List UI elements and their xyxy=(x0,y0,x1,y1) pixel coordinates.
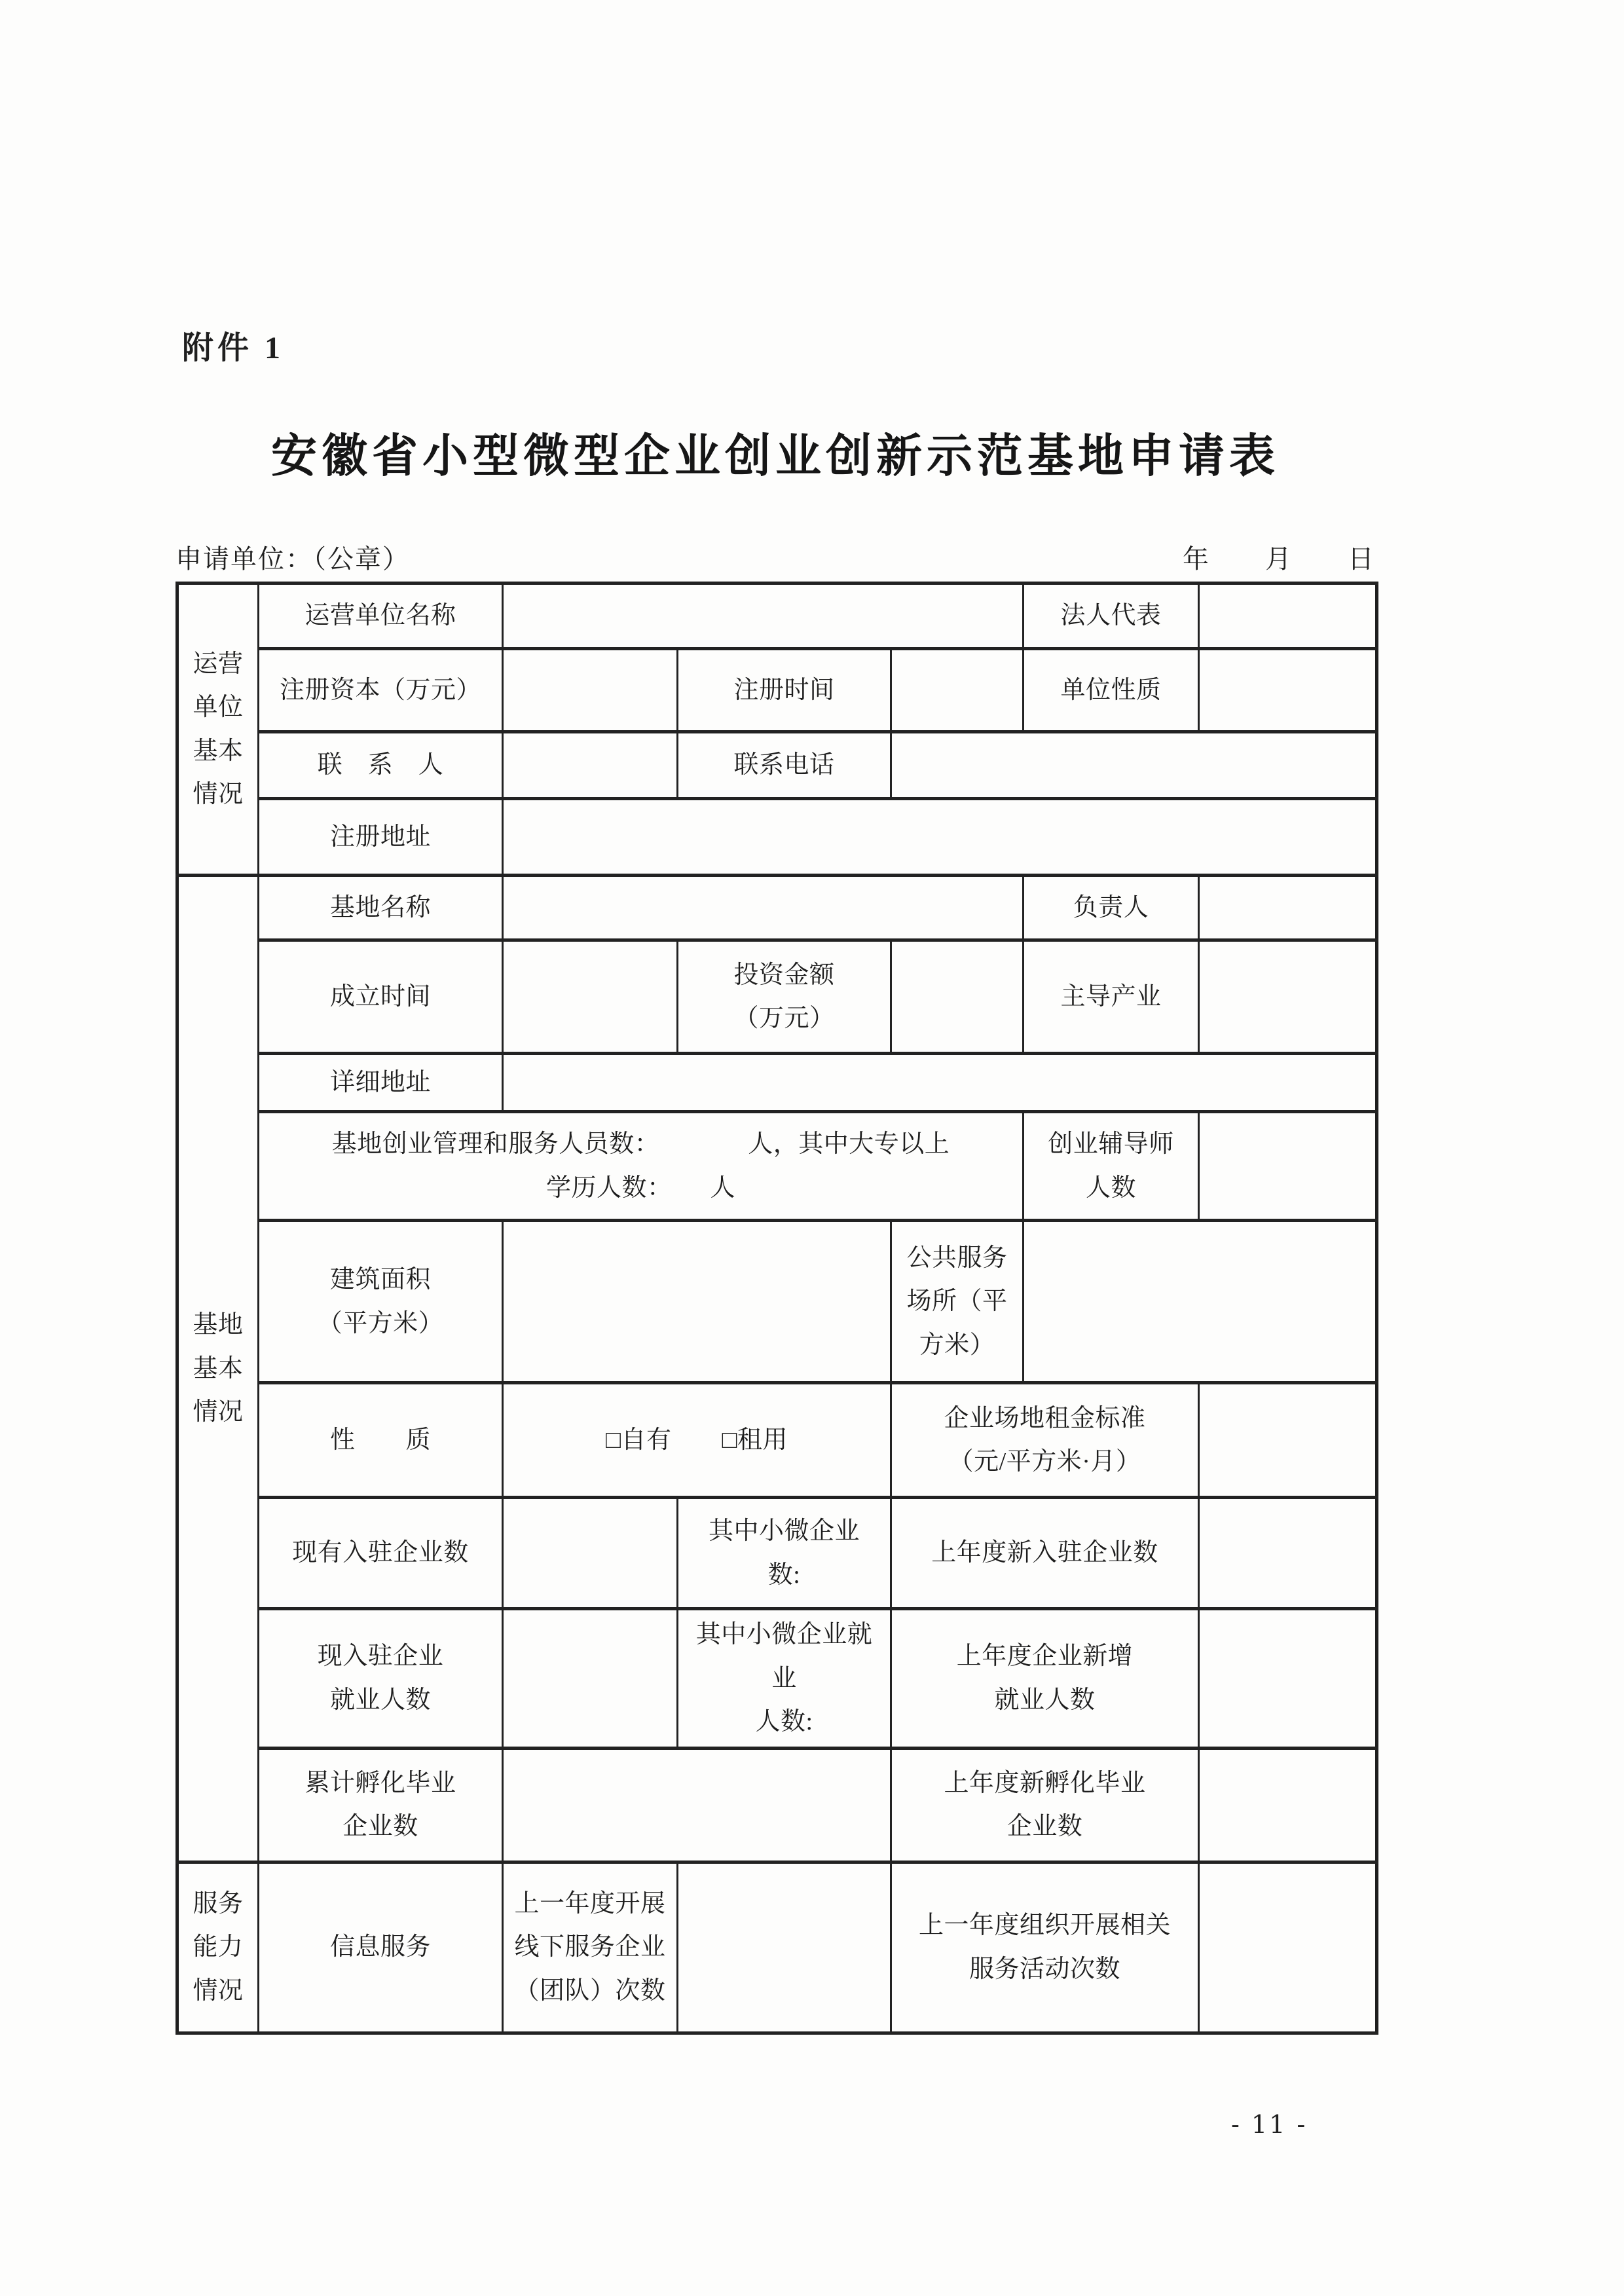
table-row: 基地 基本 情况 基地名称 负责人 xyxy=(177,876,1377,940)
graduated-total-label: 累计孵化毕业 企业数 xyxy=(259,1748,503,1862)
section-label-service: 服务 能力 情况 xyxy=(177,1862,259,2033)
reg-time-value xyxy=(891,649,1024,732)
section-label-operating-unit: 运营 单位 基本 情况 xyxy=(177,583,259,876)
table-row: 联 系 人 联系电话 xyxy=(177,732,1377,799)
contact-label: 联 系 人 xyxy=(259,732,503,799)
tutor-count-label: 创业辅导师 人数 xyxy=(1024,1112,1199,1221)
new-enterprises-value xyxy=(1199,1498,1377,1609)
rent-standard-label: 企业场地租金标准 （元/平方米·月） xyxy=(891,1383,1199,1498)
section-label-base: 基地 基本 情况 xyxy=(177,876,259,1862)
reg-capital-label: 注册资本（万元） xyxy=(259,649,503,732)
page-number: - 11 - xyxy=(1231,2110,1307,2139)
table-row: 基地创业管理和服务人员数： 人，其中大专以上 学历人数： 人 创业辅导师 人数 xyxy=(177,1112,1377,1221)
unit-type-label: 单位性质 xyxy=(1024,649,1199,732)
small-micro-count-label: 其中小微企业 数: xyxy=(678,1498,891,1609)
table-row: 成立时间 投资金额 （万元） 主导产业 xyxy=(177,940,1377,1054)
unit-name-label: 运营单位名称 xyxy=(259,583,503,649)
application-form-table: 运营 单位 基本 情况 运营单位名称 法人代表 注册资本（万元） 注册时间 单位… xyxy=(175,582,1378,2035)
public-service-area-value xyxy=(1024,1221,1377,1383)
table-row: 现入驻企业 就业人数 其中小微企业就业 人数: 上年度企业新增 就业人数 xyxy=(177,1609,1377,1749)
detail-address-label: 详细地址 xyxy=(259,1054,503,1112)
new-enterprises-label: 上年度新入驻企业数 xyxy=(891,1498,1199,1609)
tutor-count-value xyxy=(1199,1112,1377,1221)
current-employment-label: 现入驻企业 就业人数 xyxy=(259,1609,503,1749)
leading-industry-value xyxy=(1199,940,1377,1054)
date-label: 年 月 日 xyxy=(1183,538,1375,576)
investment-label: 投资金额 （万元） xyxy=(678,940,891,1054)
legal-rep-value xyxy=(1199,583,1377,649)
establish-time-label: 成立时间 xyxy=(259,940,503,1054)
establish-time-value xyxy=(503,940,678,1054)
graduated-total-value xyxy=(503,1748,891,1862)
legal-rep-label: 法人代表 xyxy=(1024,583,1199,649)
contact-value xyxy=(503,732,678,799)
activity-count-value xyxy=(1199,1862,1377,2033)
offline-service-count-label: 上一年度开展 线下服务企业 （团队）次数 xyxy=(503,1862,678,2033)
scanned-document-page: { "header": { "attachment": "附件 1", "tit… xyxy=(0,0,1624,2296)
table-row: 累计孵化毕业 企业数 上年度新孵化毕业 企业数 xyxy=(177,1748,1377,1862)
applicant-seal-label: 申请单位：（公章） xyxy=(175,538,410,576)
investment-value xyxy=(891,940,1024,1054)
table-row: 建筑面积 （平方米） 公共服务 场所（平 方米） xyxy=(177,1221,1377,1383)
nature-label: 性 质 xyxy=(259,1383,503,1498)
current-enterprises-label: 现有入驻企业数 xyxy=(259,1498,503,1609)
table-row: 运营 单位 基本 情况 运营单位名称 法人代表 xyxy=(177,583,1377,649)
reg-time-label: 注册时间 xyxy=(678,649,891,732)
unit-type-value xyxy=(1199,649,1377,732)
detail-address-value xyxy=(503,1054,1377,1112)
subhead-row: 申请单位：（公章） 年 月 日 xyxy=(175,538,1375,576)
base-name-label: 基地名称 xyxy=(259,876,503,940)
unit-name-value xyxy=(503,583,1024,649)
public-service-area-label: 公共服务 场所（平 方米） xyxy=(891,1221,1024,1383)
building-area-label: 建筑面积 （平方米） xyxy=(259,1221,503,1383)
building-area-value xyxy=(503,1221,891,1383)
current-employment-value xyxy=(503,1609,678,1749)
graduated-new-value xyxy=(1199,1748,1377,1862)
page-title: 安徽省小型微型企业创业创新示范基地申请表 xyxy=(175,419,1375,485)
small-micro-employment-label: 其中小微企业就业 人数: xyxy=(678,1609,891,1749)
contact-phone-label: 联系电话 xyxy=(678,732,891,799)
table-row: 性 质 □自有 □租用 企业场地租金标准 （元/平方米·月） xyxy=(177,1383,1377,1498)
current-enterprises-value xyxy=(503,1498,678,1609)
table-row: 详细地址 xyxy=(177,1054,1377,1112)
activity-count-label: 上一年度组织开展相关 服务活动次数 xyxy=(891,1862,1199,2033)
new-employment-value xyxy=(1199,1609,1377,1749)
offline-service-count-value xyxy=(678,1862,891,2033)
rent-standard-value xyxy=(1199,1383,1377,1498)
table-row: 服务 能力 情况 信息服务 上一年度开展 线下服务企业 （团队）次数 上一年度组… xyxy=(177,1862,1377,2033)
principal-label: 负责人 xyxy=(1024,876,1199,940)
staff-count-text: 基地创业管理和服务人员数： 人，其中大专以上 学历人数： 人 xyxy=(259,1112,1024,1221)
base-name-value xyxy=(503,876,1024,940)
reg-capital-value xyxy=(503,649,678,732)
table-row: 注册资本（万元） 注册时间 单位性质 xyxy=(177,649,1377,732)
graduated-new-label: 上年度新孵化毕业 企业数 xyxy=(891,1748,1199,1862)
table-row: 注册地址 xyxy=(177,799,1377,876)
nature-options: □自有 □租用 xyxy=(503,1383,891,1498)
reg-address-label: 注册地址 xyxy=(259,799,503,876)
leading-industry-label: 主导产业 xyxy=(1024,940,1199,1054)
principal-value xyxy=(1199,876,1377,940)
contact-phone-value xyxy=(891,732,1377,799)
info-service-label: 信息服务 xyxy=(259,1862,503,2033)
table-row: 现有入驻企业数 其中小微企业 数: 上年度新入驻企业数 xyxy=(177,1498,1377,1609)
reg-address-value xyxy=(503,799,1377,876)
attachment-label: 附件 1 xyxy=(182,322,284,367)
new-employment-label: 上年度企业新增 就业人数 xyxy=(891,1609,1199,1749)
